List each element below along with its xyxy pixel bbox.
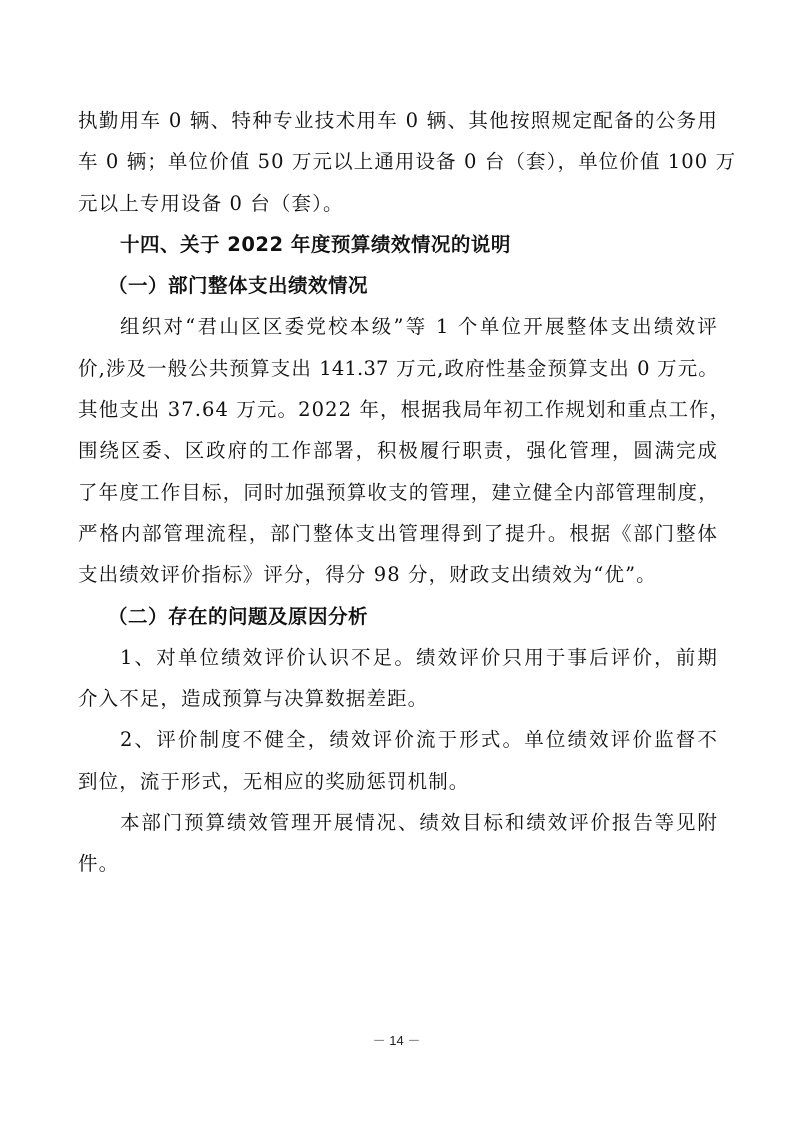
paragraph-line: 了年度工作目标，同时加强预算收支的管理，建立健全内部管理制度， (78, 472, 718, 513)
paragraph-line: 围绕区委、区政府的工作部署，积极履行职责，强化管理，圆满完成 (78, 430, 718, 471)
subsection-heading-1: （一）部门整体支出绩效情况 (78, 265, 718, 306)
paragraph-line: 车 0 辆；单位价值 50 万元以上通用设备 0 台（套），单位价值 100 万 (78, 141, 718, 182)
paragraph-line: 价,涉及一般公共预算支出 141.37 万元,政府性基金预算支出 0 万元。 (78, 348, 718, 389)
paragraph-line: 元以上专用设备 0 台（套）。 (78, 183, 718, 224)
paragraph-line: 其他支出 37.64 万元。2022 年，根据我局年初工作规划和重点工作， (78, 389, 718, 430)
document-page: 执勤用车 0 辆、特种专业技术用车 0 辆、其他按照规定配备的公务用 车 0 辆… (0, 0, 793, 1122)
closing-line: 本部门预算绩效管理开展情况、绩效目标和绩效评价报告等见附 (78, 802, 718, 843)
issue-item-1-line: 1、对单位绩效评价认识不足。绩效评价只用于事后评价，前期 (78, 637, 718, 678)
issue-item-2-line: 到位，流于形式，无相应的奖励惩罚机制。 (78, 761, 718, 802)
paragraph-line: 支出绩效评价指标》评分，得分 98 分，财政支出绩效为“优”。 (78, 554, 718, 595)
paragraph-line: 严格内部管理流程，部门整体支出管理得到了提升。根据《部门整体 (78, 513, 718, 554)
subsection-heading-2: （二）存在的问题及原因分析 (78, 596, 718, 637)
paragraph-line: 执勤用车 0 辆、特种专业技术用车 0 辆、其他按照规定配备的公务用 (78, 100, 718, 141)
page-number: － 14 － (0, 1030, 793, 1049)
issue-item-2-line: 2、评价制度不健全，绩效评价流于形式。单位绩效评价监督不 (78, 719, 718, 760)
closing-line: 件。 (78, 843, 718, 884)
page-content: 执勤用车 0 辆、特种专业技术用车 0 辆、其他按照规定配备的公务用 车 0 辆… (78, 100, 718, 885)
section-heading: 十四、关于 2022 年度预算绩效情况的说明 (78, 224, 718, 265)
paragraph-line: 组织对“君山区区委党校本级”等 1 个单位开展整体支出绩效评 (78, 306, 718, 347)
issue-item-1-line: 介入不足，造成预算与决算数据差距。 (78, 678, 718, 719)
